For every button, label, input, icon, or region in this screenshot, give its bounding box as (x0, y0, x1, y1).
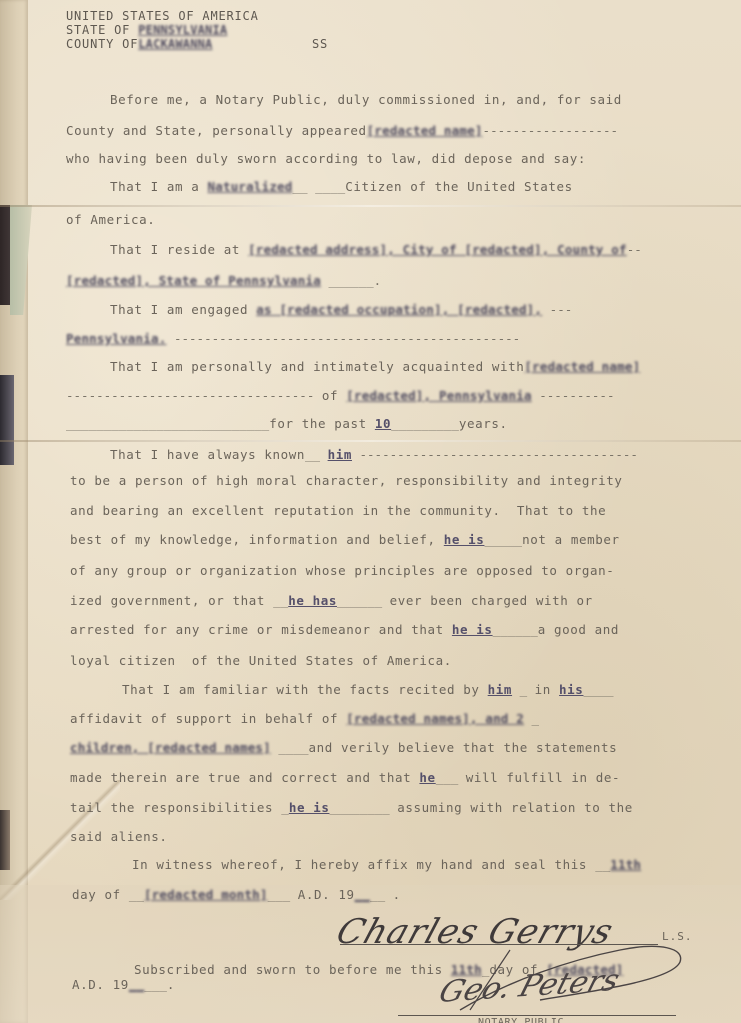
header-state: STATE OF PENNSYLVANIA (66, 23, 227, 37)
fulfill-field: he (419, 770, 435, 785)
header-county: COUNTY OFLACKAWANNA (66, 37, 212, 51)
period: . (393, 887, 401, 902)
years-field: 10 (375, 416, 391, 431)
acquaintance-line-2: --------------------------------- of [re… (66, 389, 615, 403)
misdemeanor-label: arrested for any crime or misdemeanor an… (70, 622, 444, 637)
witness-line-1: In witness whereof, I hereby affix my ha… (132, 858, 641, 872)
residence-line-2: [redacted], State of Pennsylvania ______… (66, 274, 381, 288)
jurat-line-2: A.D. 19_____. (72, 978, 175, 992)
acquaintance-name-field: [redacted name] (524, 360, 640, 374)
acquaintance-line-3: ___________________________for the past … (66, 417, 508, 431)
support-line-6: said aliens. (70, 830, 168, 844)
good-label: a good and (538, 622, 619, 637)
character-line-1: That I have always known__ him ---------… (110, 448, 638, 462)
jurat-year-field: __ (129, 978, 144, 992)
support-line-5: tail the responsibilities _he is________… (70, 801, 633, 815)
document-page: UNITED STATES OF AMERICA STATE OF PENNSY… (0, 0, 741, 1023)
citizenship-type-field: Naturalized (208, 180, 293, 194)
verily-label: and verily believe that the statements (309, 740, 618, 755)
fold-crease (0, 440, 741, 442)
member-status-field: he is (444, 532, 485, 547)
for-past-label: for the past (269, 416, 367, 431)
intro-line-1: Before me, a Notary Public, duly commiss… (110, 93, 622, 107)
his-field: his (559, 682, 583, 697)
pronoun-field: him (328, 447, 352, 462)
affiant-name-field: [redacted name] (367, 124, 483, 138)
period: . (167, 977, 175, 992)
good-citizen-field: he is (452, 622, 493, 637)
witness-day-field: 11th (610, 858, 641, 872)
beneficiaries-field: [redacted names], and 2 (346, 712, 524, 726)
fold-crease (0, 205, 741, 207)
witness-year-field: __ (355, 888, 370, 902)
ss-mark: SS (312, 37, 328, 51)
character-line-5: of any group or organization whose princ… (70, 564, 614, 578)
fulfill-label: will fulfill in de- (466, 770, 620, 785)
true-correct-label: made therein are true and correct and th… (70, 770, 411, 785)
ad-label: A.D. 19 (298, 887, 355, 902)
character-line-4: best of my knowledge, information and be… (70, 533, 620, 547)
day-of-label: day of (72, 887, 121, 902)
notary-title: NOTARY PUBLIC (478, 1016, 564, 1023)
occupation-line-1: That I am engaged as [redacted occupatio… (110, 303, 572, 317)
header-country: UNITED STATES OF AMERICA (66, 9, 259, 23)
assuming-field: he is (289, 800, 330, 815)
occupation-field: as [redacted occupation], [redacted], (256, 303, 542, 317)
acquaintance-line-1: That I am personally and intimately acqu… (110, 360, 640, 374)
character-line-3: and bearing an excellent reputation in t… (70, 504, 606, 518)
not-member-label: not a member (522, 532, 620, 547)
underlying-page-flap (10, 205, 32, 315)
years-label: years. (459, 416, 508, 431)
residence-field-cont: [redacted], State of Pennsylvania (66, 274, 321, 288)
residence-line-1: That I reside at [redacted address], Cit… (110, 243, 642, 257)
recited-by-field: him (488, 682, 512, 697)
character-line-8: loyal citizen of the United States of Am… (70, 654, 452, 668)
appeared-label: County and State, personally appeared (66, 123, 367, 138)
character-line-7: arrested for any crime or misdemeanor an… (70, 623, 619, 637)
responsibilities-label: tail the responsibilities (70, 800, 273, 815)
state-value: PENNSYLVANIA (138, 23, 227, 37)
acquaintance-label: That I am personally and intimately acqu… (110, 359, 524, 374)
in-label: in (535, 682, 551, 697)
beneficiaries-field-cont: children, [redacted names] (70, 741, 271, 755)
occupation-label: That I am engaged (110, 302, 248, 317)
occupation-field-cont: Pennsylvania. (66, 332, 166, 346)
assuming-label: assuming with relation to the (397, 800, 633, 815)
familiar-label: That I am familiar with the facts recite… (122, 682, 480, 697)
jurat-ad-label: A.D. 19 (72, 977, 129, 992)
support-line-4: made therein are true and correct and th… (70, 771, 620, 785)
intro-line-2: County and State, personally appeared[re… (66, 124, 618, 138)
county-label: COUNTY OF (66, 37, 138, 51)
citizen-line: That I am a Naturalized__ ____Citizen of… (110, 180, 573, 194)
intro-line-3: who having been duly sworn according to … (66, 152, 586, 166)
character-line-6: ized government, or that __he has______ … (70, 594, 593, 608)
behalf-label: affidavit of support in behalf of (70, 711, 338, 726)
background-gap (0, 375, 14, 465)
citizen-label-after: Citizen of the United States (345, 179, 573, 194)
charged-field: he has (288, 593, 337, 608)
witness-line-2: day of __[redacted month]___ A.D. 19____… (72, 888, 401, 902)
subscribed-label: Subscribed and sworn to before me this (134, 962, 443, 977)
known-label: That I have always known (110, 447, 305, 462)
citizen-line-2: of America. (66, 213, 155, 227)
county-value: LACKAWANNA (138, 37, 212, 51)
residence-field: [redacted address], City of [redacted], … (248, 243, 627, 257)
witness-label: In witness whereof, I hereby affix my ha… (132, 857, 587, 872)
of-label: of (322, 388, 338, 403)
character-line-2: to be a person of high moral character, … (70, 474, 623, 488)
residence-label: That I reside at (110, 242, 240, 257)
occupation-line-2: Pennsylvania. --------------------------… (66, 332, 520, 346)
support-line-3: children, [redacted names] ____and veril… (70, 741, 617, 755)
belief-label: best of my knowledge, information and be… (70, 532, 436, 547)
support-line-1: That I am familiar with the facts recite… (122, 683, 614, 697)
state-label: STATE OF (66, 23, 138, 37)
witness-month-field: [redacted month] (144, 888, 268, 902)
support-line-2: affidavit of support in behalf of [redac… (70, 712, 539, 726)
citizen-label: That I am a (110, 179, 208, 194)
charged-label-after: ever been charged with or (390, 593, 593, 608)
charged-label: ized government, or that (70, 593, 265, 608)
acquaintance-place-field: [redacted], Pennsylvania (346, 389, 531, 403)
